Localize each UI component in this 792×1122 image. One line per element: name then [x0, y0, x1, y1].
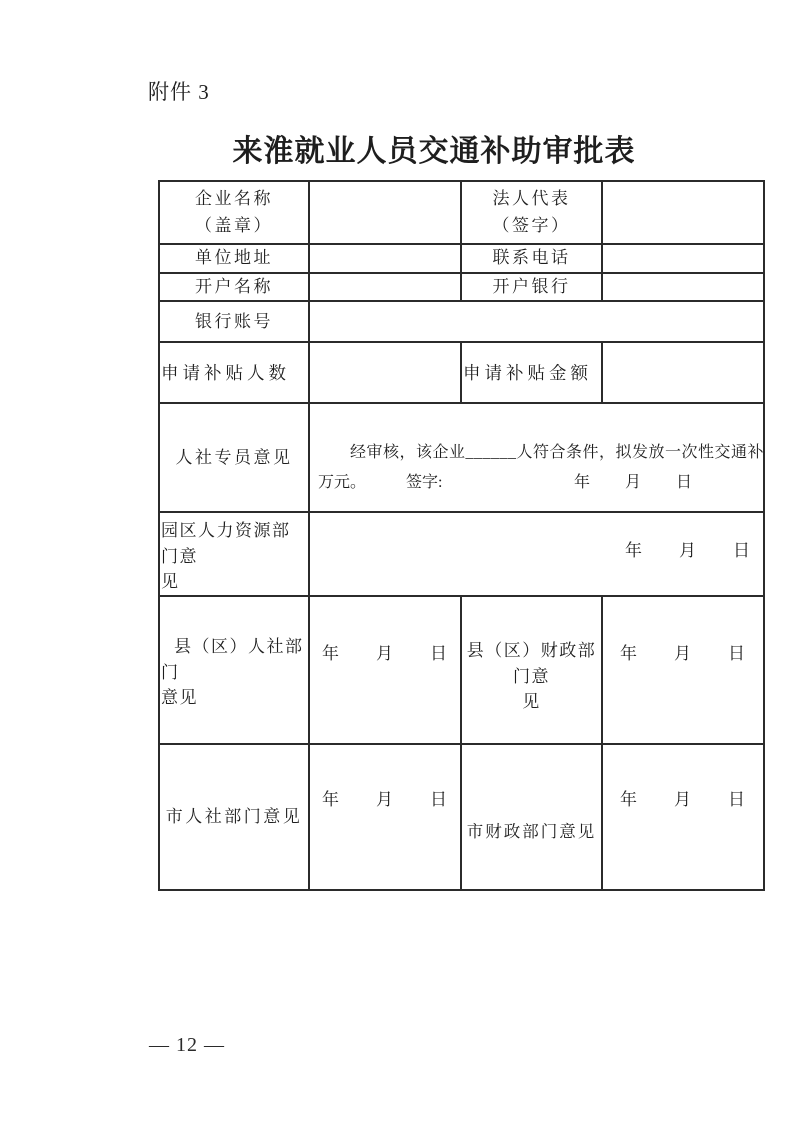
row-county-opinions: 县（区）人社部门 意见 年 月 日 县（区）财政部门意 见 年 月 日	[159, 596, 764, 744]
county-hr-opinion-cell: 年 月 日	[309, 596, 461, 744]
date-line: 年 月 日	[625, 541, 751, 560]
attachment-label: 附件 3	[148, 76, 210, 106]
apply-amount-value-cell	[602, 342, 764, 403]
approval-form-table: 企业名称 （盖章） 法人代表 （签字） 单位地址 联系电话 开户名称 开户银行 …	[158, 180, 765, 891]
row-city-opinions: 市人社部门意见 年 月 日 市财政部门意见 年 月 日	[159, 744, 764, 890]
company-name-label: 企业名称 （盖章）	[159, 181, 309, 244]
contact-phone-label: 联系电话	[461, 244, 602, 273]
legal-rep-value-cell	[602, 181, 764, 244]
bank-account-value-cell	[309, 301, 764, 342]
row-apply: 申请补贴人数 申请补贴金额	[159, 342, 764, 403]
audit-statement-line2: 万元。 签字: 年 月 日	[318, 468, 757, 498]
company-name-value-cell	[309, 181, 461, 244]
row-bank-account: 银行账号	[159, 301, 764, 342]
date-line: 年 月 日	[574, 468, 693, 498]
hr-specialist-opinion-cell: 经审核，该企业______人符合条件，拟发放一次性交通补贴__ 万元。 签字: …	[309, 403, 764, 512]
unit-address-label: 单位地址	[159, 244, 309, 273]
legal-rep-label: 法人代表 （签字）	[461, 181, 602, 244]
audit-amount-unit: 万元。	[318, 468, 366, 498]
county-hr-label: 县（区）人社部门 意见	[159, 596, 309, 744]
bank-account-label: 银行账号	[159, 301, 309, 342]
row-company-legal: 企业名称 （盖章） 法人代表 （签字）	[159, 181, 764, 244]
county-finance-label: 县（区）财政部门意 见	[461, 596, 602, 744]
city-hr-opinion-cell: 年 月 日	[309, 744, 461, 890]
date-line: 年 月 日	[322, 790, 448, 809]
date-line: 年 月 日	[322, 644, 448, 663]
city-hr-label: 市人社部门意见	[159, 744, 309, 890]
apply-amount-label: 申请补贴金额	[461, 342, 602, 403]
date-line: 年 月 日	[620, 644, 746, 663]
apply-count-value-cell	[309, 342, 461, 403]
row-address-phone: 单位地址 联系电话	[159, 244, 764, 273]
document-page: 附件 3 来淮就业人员交通补助审批表 企业名称 （盖章） 法人代表 （签字） 单…	[0, 0, 792, 1122]
hr-specialist-label: 人社专员意见	[159, 403, 309, 512]
county-finance-opinion-cell: 年 月 日	[602, 596, 764, 744]
contact-phone-value-cell	[602, 244, 764, 273]
apply-count-label: 申请补贴人数	[159, 342, 309, 403]
account-name-label: 开户名称	[159, 273, 309, 301]
page-title: 来淮就业人员交通补助审批表	[133, 126, 735, 170]
account-name-value-cell	[309, 273, 461, 301]
audit-statement-line1: 经审核，该企业______人符合条件，拟发放一次性交通补贴__	[318, 438, 757, 468]
unit-address-value-cell	[309, 244, 461, 273]
bank-label: 开户银行	[461, 273, 602, 301]
park-hr-label: 园区人力资源部门意 见	[159, 512, 309, 596]
row-park-hr-opinion: 园区人力资源部门意 见 年 月 日	[159, 512, 764, 596]
city-finance-label: 市财政部门意见	[461, 744, 602, 890]
row-account-bank: 开户名称 开户银行	[159, 273, 764, 301]
signature-label: 签字:	[406, 468, 442, 498]
row-hr-specialist-opinion: 人社专员意见 经审核，该企业______人符合条件，拟发放一次性交通补贴__ 万…	[159, 403, 764, 512]
page-number: — 12 —	[149, 1034, 225, 1057]
bank-value-cell	[602, 273, 764, 301]
park-hr-opinion-cell: 年 月 日	[309, 512, 764, 596]
city-finance-opinion-cell: 年 月 日	[602, 744, 764, 890]
date-line: 年 月 日	[620, 790, 746, 809]
